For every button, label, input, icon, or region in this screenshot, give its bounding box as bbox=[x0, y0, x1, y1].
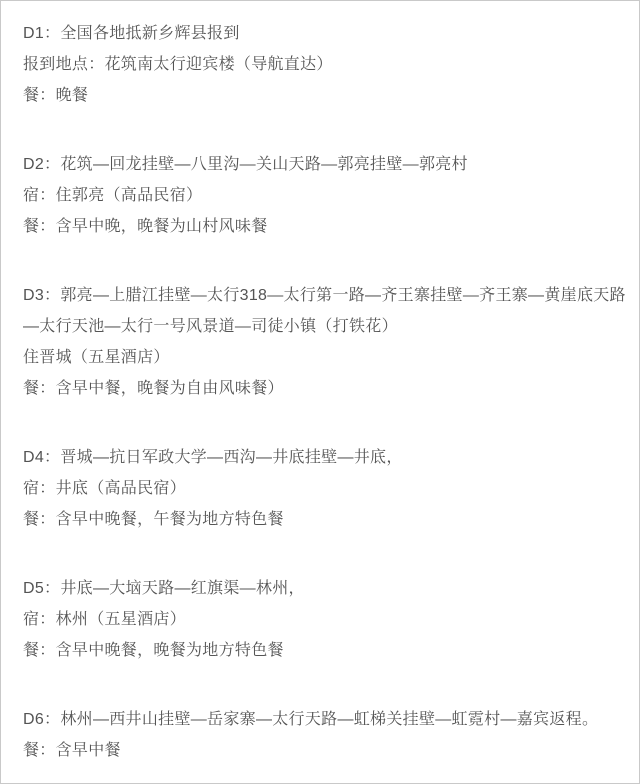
day-4-route: D4：晋城—抗日军政大学—西沟—井底挂壁—井底， bbox=[23, 442, 617, 473]
day-5-block: D5：井底—大垴天路—红旗渠—林州， 宿：林州（五星酒店） 餐：含早中晚餐，晚餐… bbox=[23, 573, 617, 666]
day-4-lodging: 宿：井底（高品民宿） bbox=[23, 473, 617, 504]
day-6-block: D6：林州—西井山挂壁—岳家寨—太行天路—虹梯关挂壁—虹霓村—嘉宾返程。 餐：含… bbox=[23, 704, 617, 766]
day-5-route: D5：井底—大垴天路—红旗渠—林州， bbox=[23, 573, 617, 604]
day-2-route: D2：花筑—回龙挂壁—八里沟—关山天路—郭亮挂壁—郭亮村 bbox=[23, 149, 617, 180]
day-6-route: D6：林州—西井山挂壁—岳家寨—太行天路—虹梯关挂壁—虹霓村—嘉宾返程。 bbox=[23, 704, 617, 735]
day-5-lodging: 宿：林州（五星酒店） bbox=[23, 604, 617, 635]
day-3-route-line-1: D3：郭亮—上腊江挂壁—太行318—太行第一路—齐王寨挂壁—齐王寨—黄崖底天路 bbox=[23, 280, 617, 311]
day-2-block: D2：花筑—回龙挂壁—八里沟—关山天路—郭亮挂壁—郭亮村 宿：住郭亮（高品民宿）… bbox=[23, 149, 617, 242]
day-2-lodging: 宿：住郭亮（高品民宿） bbox=[23, 180, 617, 211]
day-2-meals: 餐：含早中晚，晚餐为山村风味餐 bbox=[23, 211, 617, 242]
day-3-lodging: 住晋城（五星酒店） bbox=[23, 342, 617, 373]
day-3-meals: 餐：含早中餐，晚餐为自由风味餐） bbox=[23, 373, 617, 404]
day-1-title: D1：全国各地抵新乡辉县报到 bbox=[23, 18, 617, 49]
day-1-meals: 餐：晚餐 bbox=[23, 80, 617, 111]
day-4-meals: 餐：含早中晚餐，午餐为地方特色餐 bbox=[23, 504, 617, 535]
itinerary-document: D1：全国各地抵新乡辉县报到 报到地点：花筑南太行迎宾楼（导航直达） 餐：晚餐 … bbox=[0, 0, 640, 784]
day-3-route-line-2: —太行天池—太行一号风景道—司徒小镇（打铁花） bbox=[23, 311, 617, 342]
day-1-report-location: 报到地点：花筑南太行迎宾楼（导航直达） bbox=[23, 49, 617, 80]
day-6-meals: 餐：含早中餐 bbox=[23, 735, 617, 766]
day-1-block: D1：全国各地抵新乡辉县报到 报到地点：花筑南太行迎宾楼（导航直达） 餐：晚餐 bbox=[23, 18, 617, 111]
day-3-block: D3：郭亮—上腊江挂壁—太行318—太行第一路—齐王寨挂壁—齐王寨—黄崖底天路 … bbox=[23, 280, 617, 404]
day-4-block: D4：晋城—抗日军政大学—西沟—井底挂壁—井底， 宿：井底（高品民宿） 餐：含早… bbox=[23, 442, 617, 535]
day-5-meals: 餐：含早中晚餐，晚餐为地方特色餐 bbox=[23, 635, 617, 666]
